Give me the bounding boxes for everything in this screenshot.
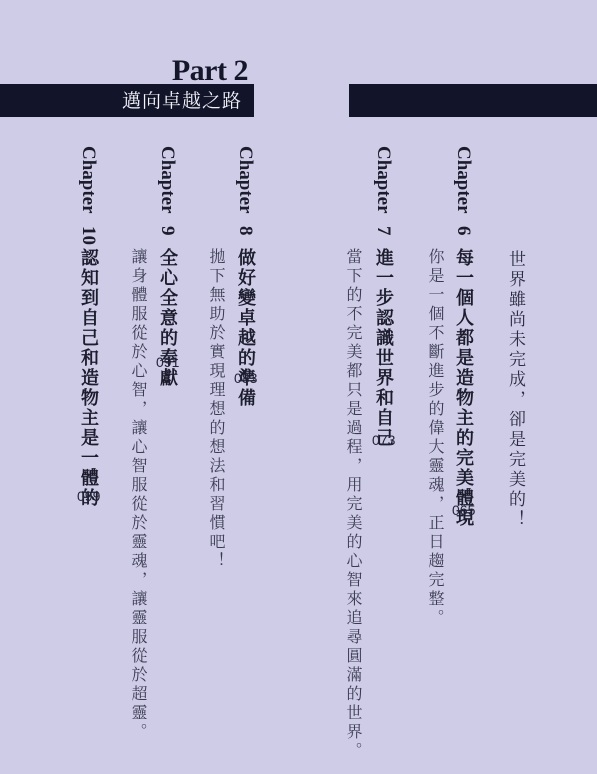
- chapter-7-subtitle: 當下的不完美都只是過程，用完美的心智來追尋圓滿的世界。: [343, 248, 363, 761]
- chapter-8-subtitle: 拋下無助於實現理想的想法和習慣吧！: [206, 248, 226, 571]
- chapter-word: Chapter: [373, 146, 394, 214]
- chapter-8-label: Chapter8: [234, 146, 256, 235]
- chapter-7-entry[interactable]: 進一步認識世界和自己: [372, 248, 394, 448]
- chapter-number: 10: [77, 226, 99, 245]
- chapter-9-subtitle: 讓身體服從於心智，讓心智服從於靈魂，讓靈服從於超靈。: [128, 248, 148, 742]
- chapter-number: 6: [452, 226, 474, 236]
- chapter-6-entry[interactable]: 每一個人都是造物主的完美體現: [452, 248, 474, 528]
- chapter-6-page: 065: [452, 502, 475, 518]
- chapter-title[interactable]: 進一步認識世界和自己: [373, 248, 394, 448]
- chapter-word: Chapter: [453, 146, 474, 214]
- chapter-word: Chapter: [157, 146, 178, 214]
- chapter-title[interactable]: 每一個人都是造物主的完美體現: [453, 248, 474, 528]
- part-header-bar-right: [349, 84, 597, 117]
- chapter-6-label: Chapter6: [452, 146, 474, 235]
- chapter-6-subtitle: 你是一個不斷進步的偉大靈魂，正日趨完整。: [425, 248, 445, 628]
- chapter-7-page: 073: [372, 432, 395, 448]
- chapter-10-label: Chapter10: [77, 146, 99, 245]
- chapter-number: 8: [234, 226, 256, 236]
- chapter-word: Chapter: [235, 146, 256, 214]
- part-label: Part 2: [172, 56, 248, 86]
- part-title: 邁向卓越之路: [0, 89, 248, 113]
- chapter-10-entry[interactable]: 認知到自己和造物主是一體的: [77, 248, 99, 508]
- chapter-8-page: 083: [234, 370, 257, 386]
- chapter-9-label: Chapter9: [156, 146, 178, 235]
- chapter-number: 9: [156, 226, 178, 236]
- chapter-9-page: 091: [156, 354, 179, 370]
- epigraph: 世界雖尚未完成，卻是完美的！: [505, 250, 525, 530]
- chapter-10-page: 099: [77, 488, 100, 504]
- chapter-number: 7: [372, 226, 394, 236]
- chapter-word: Chapter: [78, 146, 99, 214]
- chapter-title[interactable]: 認知到自己和造物主是一體的: [78, 248, 99, 508]
- chapter-7-label: Chapter7: [372, 146, 394, 235]
